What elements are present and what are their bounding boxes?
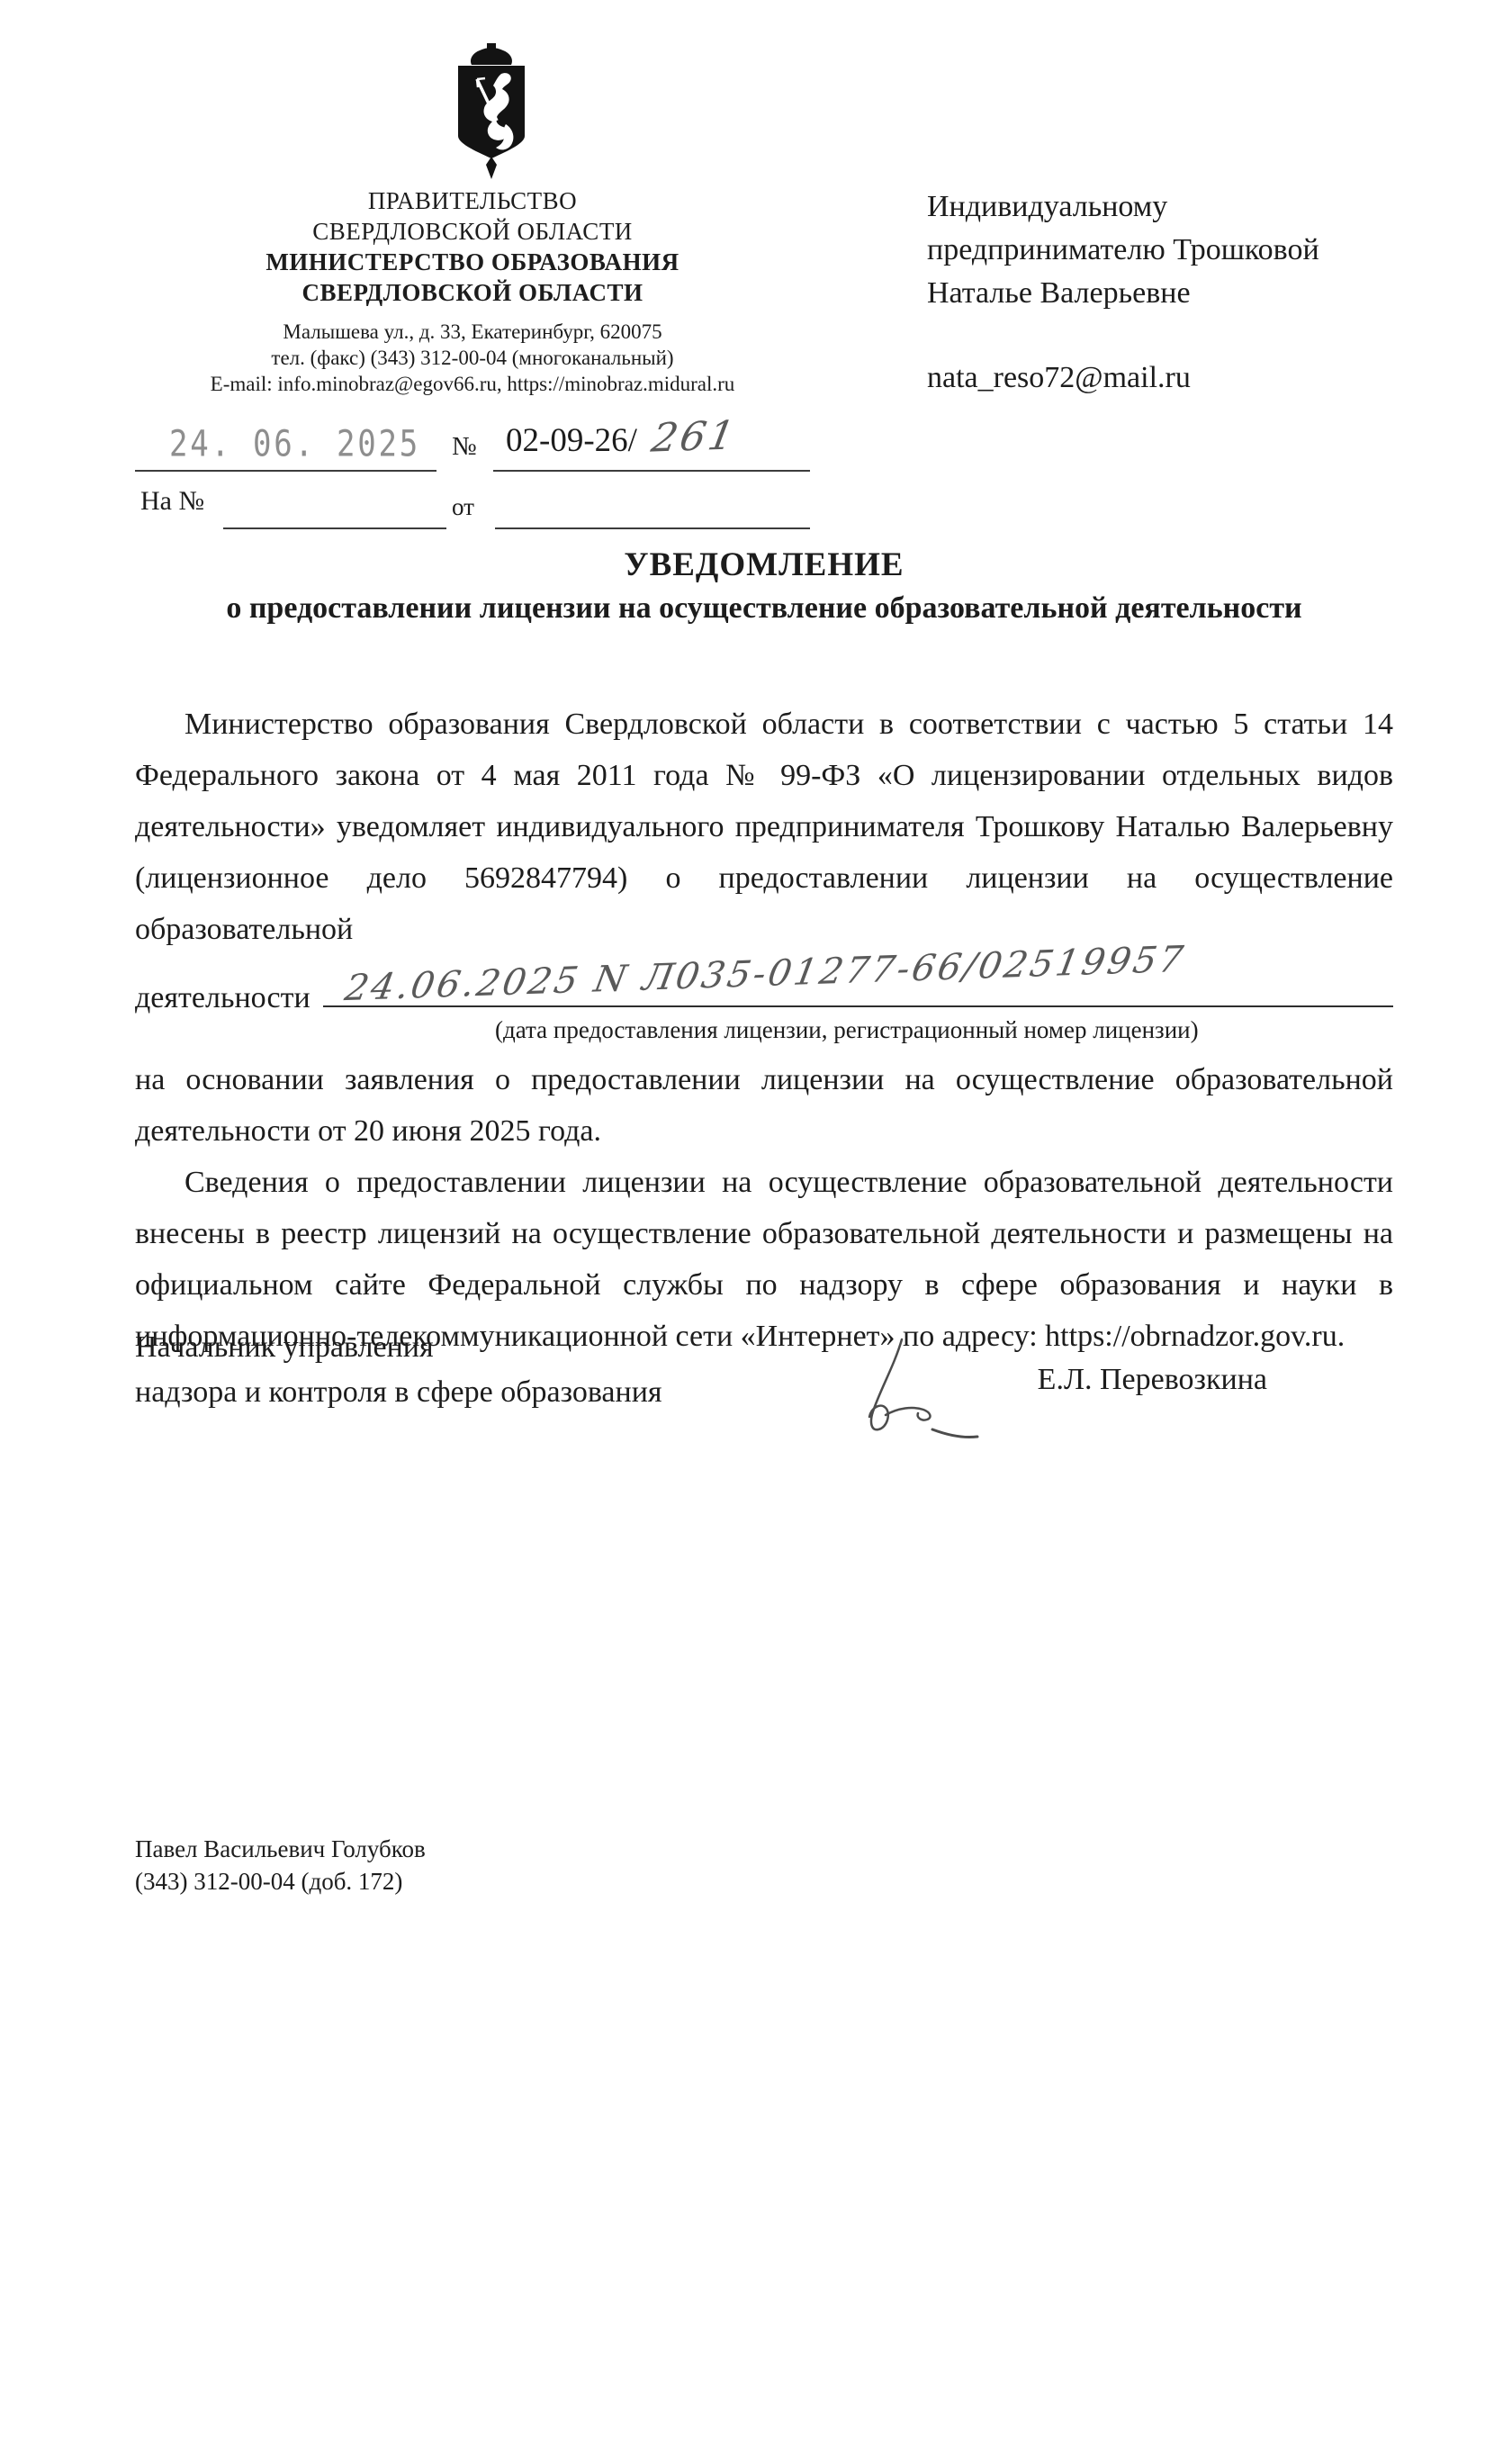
outgoing-number-handwritten: 261: [648, 412, 741, 461]
license-handwritten-line: деятельности 24.06.2025 N Л035-01277-66/…: [135, 955, 1393, 1011]
letterhead-contacts: Малышева ул., д. 33, Екатеринбург, 62007…: [144, 319, 801, 397]
letterhead: ПРАВИТЕЛЬСТВО СВЕРДЛОВСКОЙ ОБЛАСТИ МИНИС…: [144, 185, 801, 397]
recipient-email: nata_reso72@mail.ru: [927, 356, 1431, 400]
document-subtitle: о предоставлении лицензии на осуществлен…: [135, 591, 1393, 626]
date-underline: [135, 470, 436, 472]
number-underline: [493, 470, 810, 472]
letterhead-address: Малышева ул., д. 33, Екатеринбург, 62007…: [144, 319, 801, 345]
recipient-line3: Наталье Валерьевне: [927, 272, 1431, 315]
signer-position-line2: надзора и контроля в сфере образования: [135, 1370, 729, 1415]
signer-position: Начальник управления надзора и контроля …: [135, 1325, 729, 1415]
reply-from-label: от: [452, 493, 474, 521]
letterhead-gov-line1: ПРАВИТЕЛЬСТВО: [144, 185, 801, 216]
letterhead-phone: тел. (факс) (343) 312-00-04 (многоканаль…: [144, 345, 801, 371]
recipient-line1: Индивидуальному: [927, 185, 1431, 229]
reference-block: 24. 06. 2025 № 02-09-26/ 261 На № от: [135, 421, 873, 556]
signer-position-line1: Начальник управления: [135, 1325, 729, 1370]
recipient-line2: предпринимателю Трошковой: [927, 229, 1431, 272]
letterhead-gov-line2: СВЕРДЛОВСКОЙ ОБЛАСТИ: [144, 216, 801, 247]
paragraph-1-continuation: на основании заявления о предоставлении …: [135, 1054, 1393, 1157]
paragraph-1: Министерство образования Свердловской об…: [135, 699, 1393, 955]
recipient-block: Индивидуальному предпринимателю Трошково…: [927, 185, 1431, 400]
contact-person-phone: (343) 312-00-04 (доб. 172): [135, 1865, 426, 1898]
letterhead-ministry-line1: МИНИСТЕРСТВО ОБРАЗОВАНИЯ: [144, 247, 801, 277]
coat-of-arms-icon: [450, 41, 533, 182]
reply-date-underline: [495, 527, 810, 529]
letterhead-email-site: E-mail: info.minobraz@egov66.ru, https:/…: [144, 371, 801, 397]
handwritten-signature-icon: [846, 1329, 1008, 1455]
license-field-underline: 24.06.2025 N Л035-01277-66/02519957: [323, 955, 1393, 1007]
number-sign-label: №: [452, 432, 477, 462]
footer-contact-block: Павел Васильевич Голубков (343) 312-00-0…: [135, 1833, 426, 1898]
date-stamp: 24. 06. 2025: [169, 423, 420, 464]
outgoing-number-prefix: 02-09-26/: [506, 421, 637, 460]
signer-name: Е.Л. Перевозкина: [1038, 1363, 1393, 1397]
paragraph-1-last-word: деятельности: [135, 981, 310, 1015]
letterhead-ministry-line2: СВЕРДЛОВСКОЙ ОБЛАСТИ: [144, 277, 801, 308]
signature-block: Начальник управления надзора и контроля …: [135, 1325, 1393, 1455]
contact-person-name: Павел Васильевич Голубков: [135, 1833, 426, 1865]
reply-number-underline: [223, 527, 446, 529]
reply-to-label: На №: [140, 486, 204, 517]
license-field-caption: (дата предоставления лицензии, регистрац…: [495, 1014, 1393, 1045]
body-block: Министерство образования Свердловской об…: [135, 699, 1393, 1362]
scanned-letter-page: ПРАВИТЕЛЬСТВО СВЕРДЛОВСКОЙ ОБЛАСТИ МИНИС…: [0, 0, 1512, 2443]
title-block: УВЕДОМЛЕНИЕ о предоставлении лицензии на…: [135, 545, 1393, 626]
document-title: УВЕДОМЛЕНИЕ: [135, 545, 1393, 584]
